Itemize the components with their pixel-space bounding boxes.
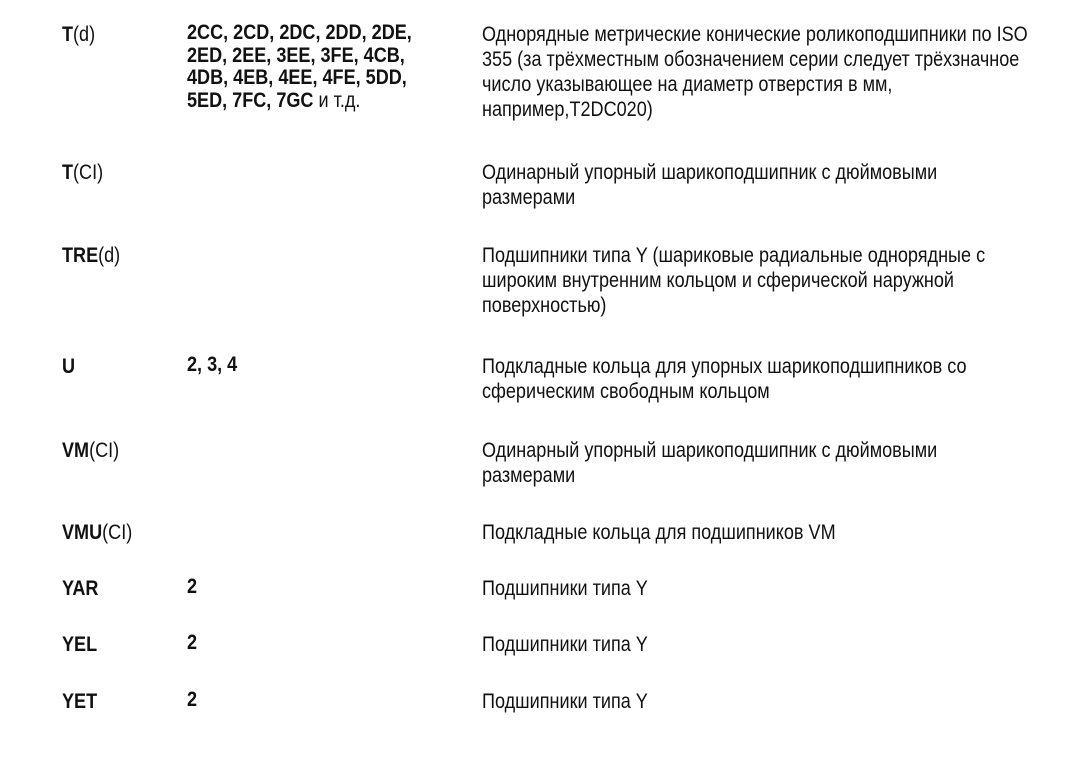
designation-code: YET: [62, 689, 97, 714]
designation-code: T(CI): [62, 160, 103, 185]
description: Подшипники типа Y: [482, 632, 1032, 657]
designation-code: YEL: [62, 632, 97, 657]
series-list: 2: [187, 632, 436, 655]
designation-code: VMU(CI): [62, 520, 132, 545]
description: Подшипники типа Y: [482, 689, 1032, 714]
designation-code: U: [62, 354, 75, 379]
series-list: 2, 3, 4: [187, 354, 436, 377]
bearing-designation-table: T(d) 2CC, 2CD, 2DC, 2DD, 2DE, 2ED, 2EE, …: [0, 0, 1080, 759]
description: Подшипники типа Y (шариковые радиальные …: [482, 243, 1032, 318]
description: Однорядные метрические конические ролико…: [482, 22, 1032, 122]
series-list: 2: [187, 689, 436, 712]
designation-code: VM(CI): [62, 438, 119, 463]
description: Подкладные кольца для подшипников VM: [482, 520, 1032, 545]
series-list: 2: [187, 576, 436, 599]
description: Одинарный упорный шарикоподшипник с дюйм…: [482, 160, 1032, 210]
description: Подшипники типа Y: [482, 576, 1032, 601]
description: Подкладные кольца для упорных шарикоподш…: [482, 354, 1032, 404]
series-list: 2CC, 2CD, 2DC, 2DD, 2DE, 2ED, 2EE, 3EE, …: [187, 22, 436, 112]
designation-code: T(d): [62, 22, 95, 47]
designation-code: YAR: [62, 576, 98, 601]
description: Одинарный упорный шарикоподшипник с дюйм…: [482, 438, 1032, 488]
designation-code: TRE(d): [62, 243, 120, 268]
